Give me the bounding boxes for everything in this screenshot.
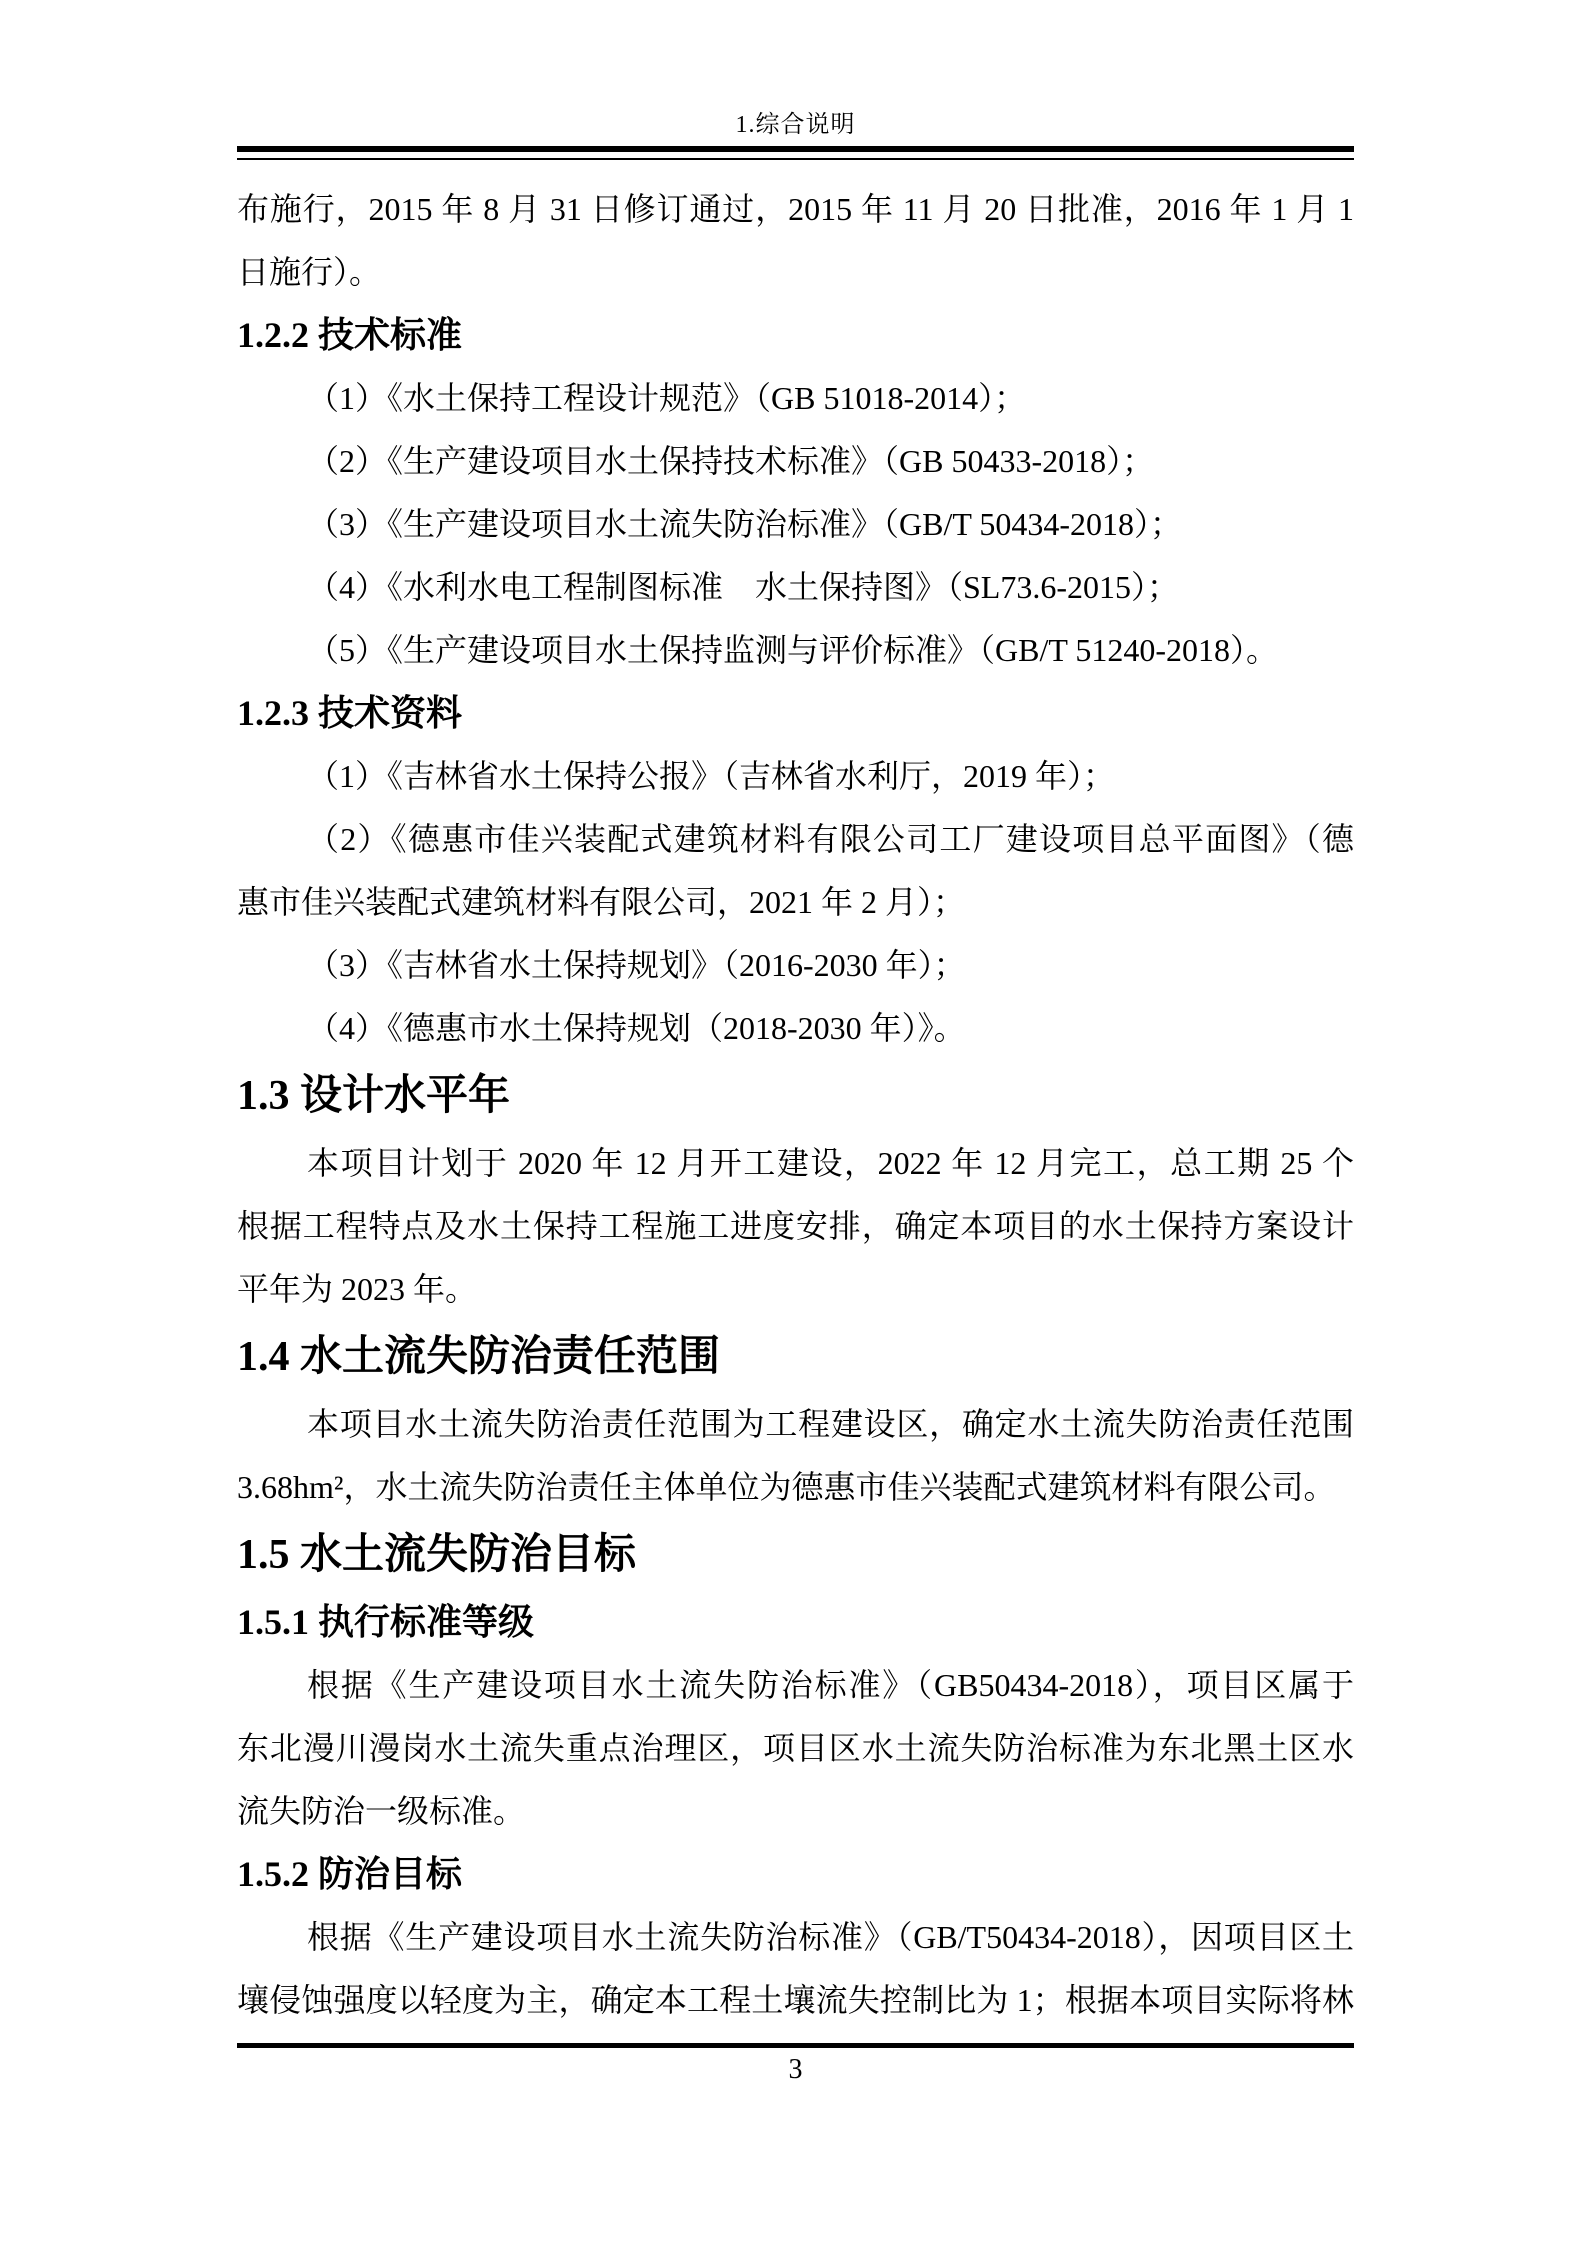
list-item: （1）《水土保持工程设计规范》（GB 51018-2014）； — [237, 367, 1354, 430]
heading-1-5-1: 1.5.1 执行标准等级 — [237, 1591, 1354, 1654]
list-item: （4）《水利水电工程制图标准 水土保持图》（SL73.6-2015）； — [237, 556, 1354, 619]
page-header-title: 1.综合说明 — [237, 105, 1354, 145]
body-line: 3.68hm²，水土流失防治责任主体单位为德惠市佳兴装配式建筑材料有限公司。 — [237, 1456, 1354, 1519]
list-item: （3）《生产建设项目水土流失防治标准》（GB/T 50434-2018）； — [237, 493, 1354, 556]
body-line: 壤侵蚀强度以轻度为主，确定本工程土壤流失控制比为 1；根据本项目实际将林 — [237, 1969, 1354, 2032]
heading-1-4: 1.4 水土流失防治责任范围 — [237, 1321, 1354, 1393]
footer-rule — [237, 2043, 1354, 2048]
list-item: （1）《吉林省水土保持公报》（吉林省水利厅，2019 年）； — [237, 745, 1354, 808]
header-rule-thin — [237, 158, 1354, 160]
body-line: 东北漫川漫岗水土流失重点治理区，项目区水土流失防治标准为东北黑土区水土 — [237, 1717, 1354, 1780]
body-line: 根据《生产建设项目水土流失防治标准》（GB50434-2018），项目区属于 — [237, 1654, 1354, 1717]
body-line: 本项目计划于 2020 年 12 月开工建设，2022 年 12 月完工，总工期… — [237, 1132, 1354, 1195]
body-line: 流失防治一级标准。 — [237, 1780, 1354, 1843]
body-line: 平年为 2023 年。 — [237, 1258, 1354, 1321]
document-body: 布施行，2015 年 8 月 31 日修订通过，2015 年 11 月 20 日… — [237, 178, 1354, 2032]
body-line: 本项目水土流失防治责任范围为工程建设区，确定水土流失防治责任范围 — [237, 1393, 1354, 1456]
heading-1-2-3: 1.2.3 技术资料 — [237, 682, 1354, 745]
body-line: 根据工程特点及水土保持工程施工进度安排，确定本项目的水土保持方案设计水 — [237, 1195, 1354, 1258]
body-line: 布施行，2015 年 8 月 31 日修订通过，2015 年 11 月 20 日… — [237, 178, 1354, 241]
list-item: （2）《德惠市佳兴装配式建筑材料有限公司工厂建设项目总平面图》（德 — [237, 808, 1354, 871]
page-number: 3 — [237, 2050, 1354, 2090]
heading-1-3: 1.3 设计水平年 — [237, 1060, 1354, 1132]
list-item: （3）《吉林省水土保持规划》（2016-2030 年）； — [237, 934, 1354, 997]
heading-1-5-2: 1.5.2 防治目标 — [237, 1843, 1354, 1906]
document-page: 1.综合说明 布施行，2015 年 8 月 31 日修订通过，2015 年 11… — [0, 0, 1587, 2245]
header-rule-thick — [237, 146, 1354, 152]
body-line: 惠市佳兴装配式建筑材料有限公司，2021 年 2 月）； — [237, 871, 1354, 934]
heading-1-5: 1.5 水土流失防治目标 — [237, 1519, 1354, 1591]
list-item: （4）《德惠市水土保持规划（2018-2030 年）》。 — [237, 997, 1354, 1060]
body-line: 日施行）。 — [237, 241, 1354, 304]
list-item: （5）《生产建设项目水土保持监测与评价标准》（GB/T 51240-2018）。 — [237, 619, 1354, 682]
body-line: 根据《生产建设项目水土流失防治标准》（GB/T50434-2018），因项目区土 — [237, 1906, 1354, 1969]
list-item: （2）《生产建设项目水土保持技术标准》（GB 50433-2018）； — [237, 430, 1354, 493]
heading-1-2-2: 1.2.2 技术标准 — [237, 304, 1354, 367]
